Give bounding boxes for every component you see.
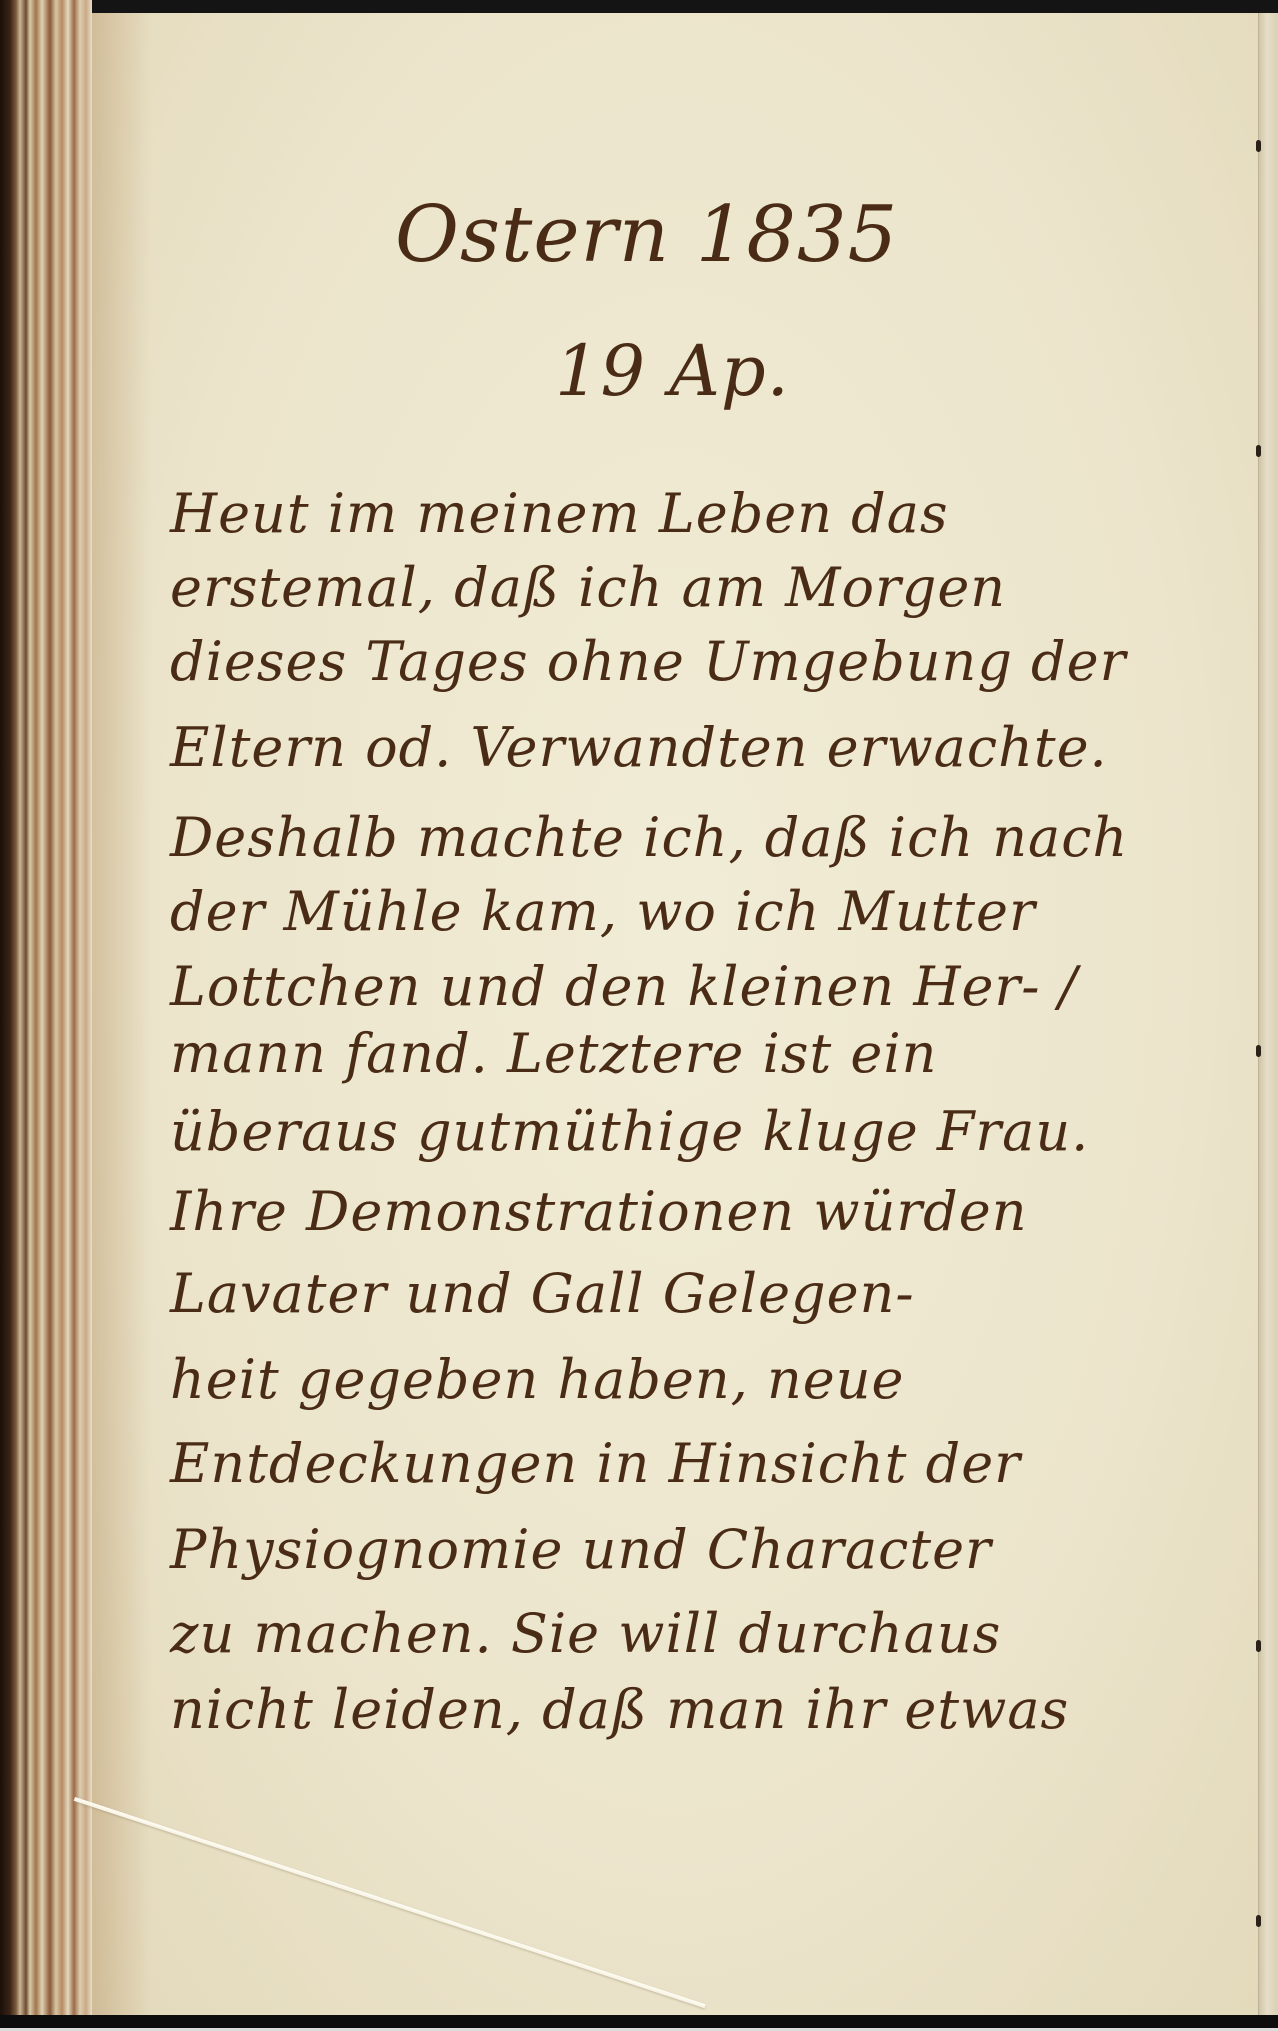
text-line: Heut im meinem Leben das (170, 482, 949, 545)
text-line: Lavater und Gall Gelegen- (170, 1262, 915, 1325)
text-line: mann fand. Letztere ist ein (170, 1022, 937, 1085)
binding-stitch (1256, 445, 1261, 457)
text-line: Lottchen und den kleinen Her- / (170, 955, 1078, 1018)
text-line: nicht leiden, daß man ihr etwas (170, 1678, 1069, 1741)
scan-bottom-border (0, 2015, 1278, 2031)
binding-stitch (1256, 1915, 1261, 1927)
text-line: Physiognomie und Character (170, 1518, 992, 1581)
text-line: heit gegeben haben, neue (170, 1348, 904, 1411)
text-line: erstemal, daß ich am Morgen (170, 556, 1006, 619)
heading-title: Ostern 1835 (395, 190, 898, 280)
binding-stitch (1256, 1045, 1261, 1057)
text-line: Deshalb machte ich, daß ich nach (170, 806, 1128, 869)
scan-top-border (0, 0, 1278, 13)
text-line: der Mühle kam, wo ich Mutter (170, 880, 1036, 943)
text-line: Entdeckungen in Hinsicht der (170, 1432, 1021, 1495)
text-line: Eltern od. Verwandten erwachte. (170, 716, 1108, 779)
text-line: zu machen. Sie will durchaus (170, 1602, 1001, 1665)
binding-stitch (1256, 140, 1261, 152)
binding-stitch (1256, 1640, 1261, 1652)
binding-gutter (1258, 13, 1278, 2015)
text-line: Ihre Demonstrationen würden (170, 1180, 1028, 1243)
text-line: überaus gutmüthige kluge Frau. (170, 1100, 1089, 1163)
text-line: dieses Tages ohne Umgebung der (170, 630, 1126, 693)
heading-date: 19 Ap. (555, 330, 790, 412)
page-stack-edges (0, 0, 92, 2031)
